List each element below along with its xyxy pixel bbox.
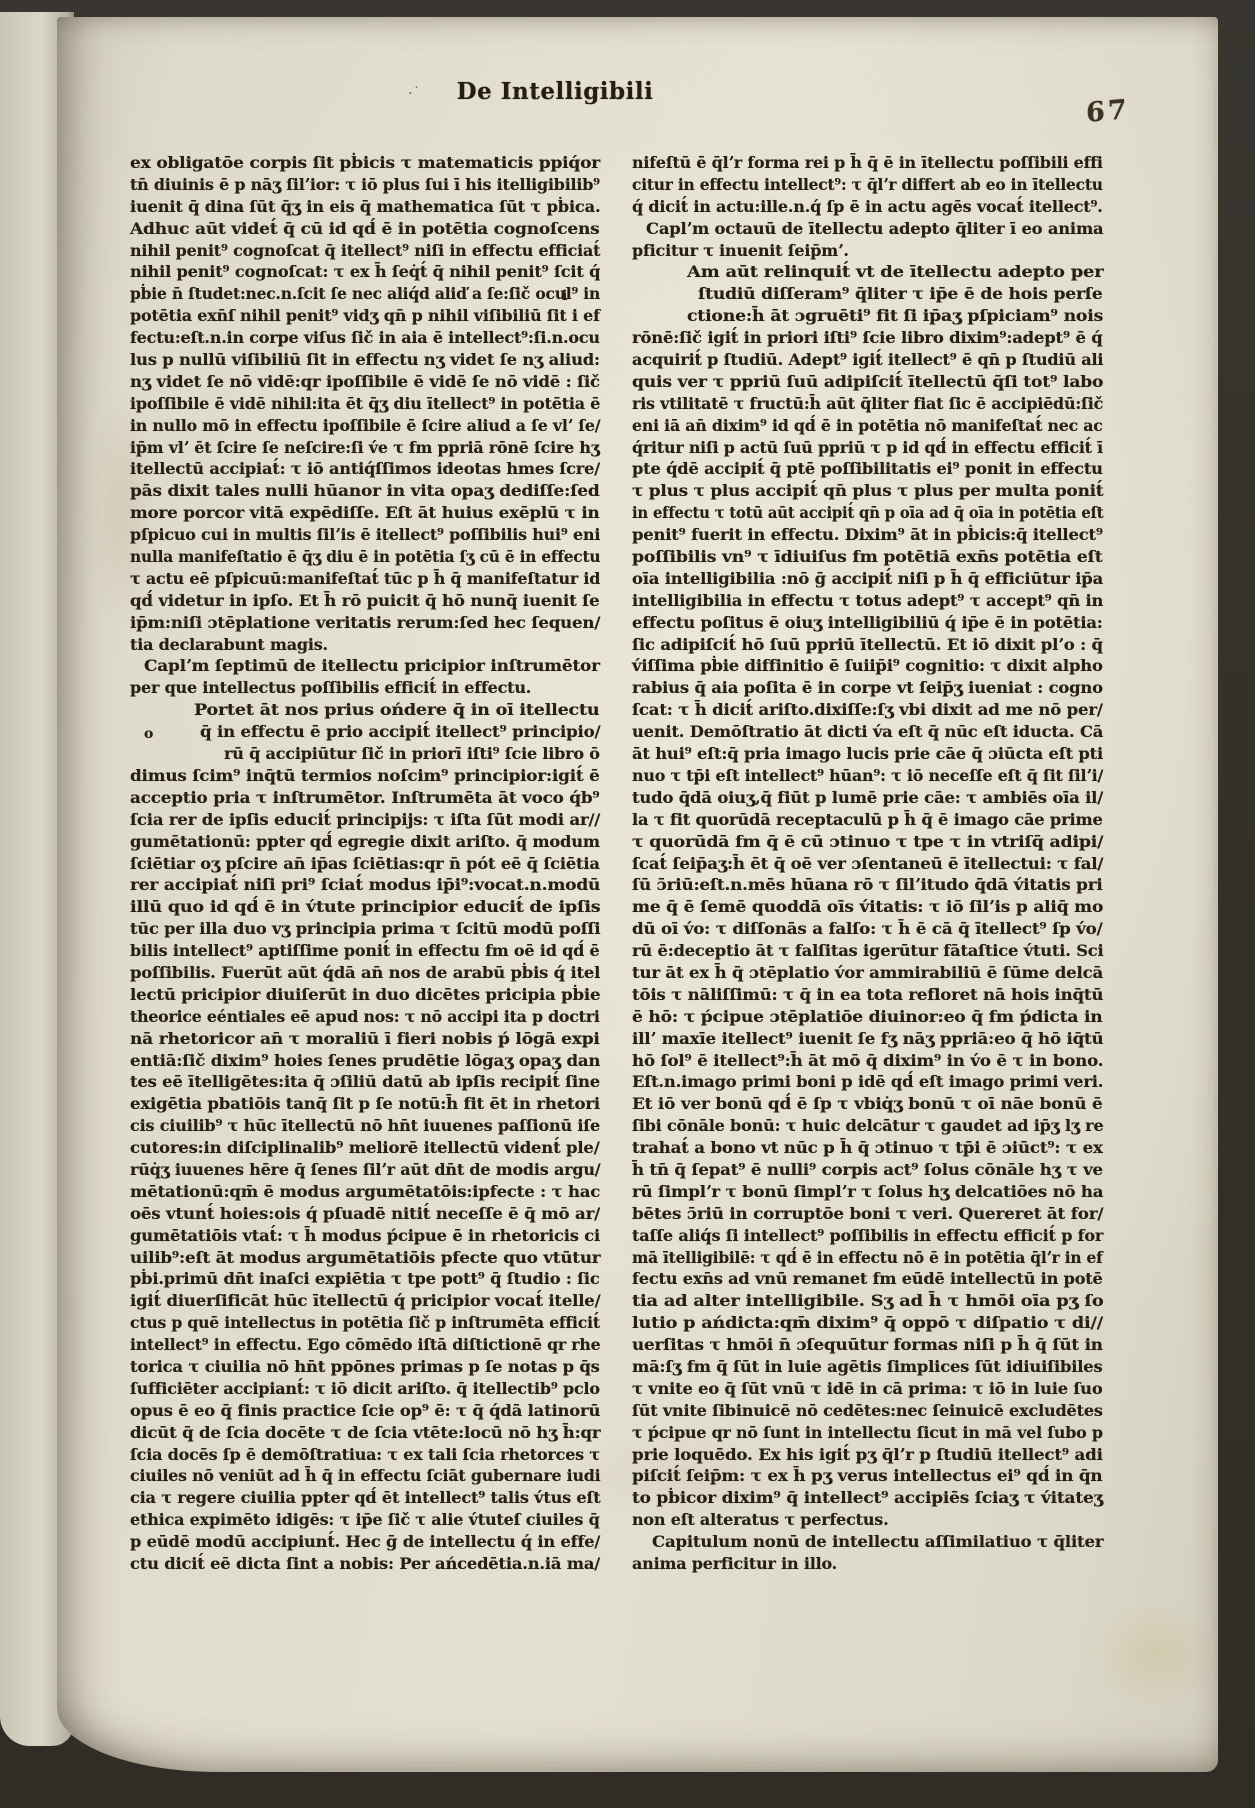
text-line: Capitulum nonū de intellectu aſſimilatiu…: [632, 1531, 1103, 1553]
text-line: hō ſol⁹ ē itellect⁹:h̄ āt mō q̄ dixim⁹ i…: [632, 1050, 1103, 1072]
text-line: tōis τ nāliſſimū: τ q̄ in ea tota reflor…: [632, 984, 1103, 1006]
text-line: cia τ regere ciuilia ppter qd́ ēt intell…: [130, 1487, 600, 1509]
text-line: pḃie n̄ ſtudet:nec.n.ſcit ſe nec aliq́d …: [130, 283, 600, 305]
text-line: Adhuc aūt videt́ q̄ cū id qd́ ē in potēt…: [130, 218, 600, 240]
text-line: acquirit́ p ſtudiū. Adept⁹ igit́ itellec…: [632, 349, 1103, 371]
text-column-right: i nifeſtū ē q̄lʼr forma rei p h̄ q̄ ē in…: [632, 152, 1103, 1575]
text-line: ipoſſibile ē vidē nihil:ita ēt q̄ʒ diu ī…: [130, 393, 600, 415]
text-line: igit́ diuerſificāt hūc ītellectū q́ pric…: [130, 1290, 600, 1312]
text-line: ſū ɔ̄riū:eſt.n.mēs hūana rō τ ſilʼitudo …: [632, 874, 1103, 896]
text-line: fectu:eſt.n.in corpe viſus ſič in aia ē …: [130, 327, 600, 349]
text-line: to pḃicor dixim⁹ q̄ intellect⁹ accipiēs …: [632, 1487, 1103, 1509]
text-line: rabius q̄ aia poſita ē in corpe vt ſeip̄…: [632, 677, 1103, 699]
text-line: mā:ſʒ fm q̄ ſūt in luie agētis ſimplices…: [632, 1356, 1103, 1378]
text-line: ſcat: τ h̄ dicit́ ariſto.dixiſſe:ſʒ vbi …: [632, 699, 1103, 721]
text-line: tn̄ diuinis ē p nāʒ ſilʼior: τ iō plus ſ…: [130, 174, 600, 196]
text-line: prie loquēdo. Ex his igit́ pʒ q̄lʼr p ſt…: [632, 1444, 1103, 1466]
text-line: theorice eéntiales eē apud nos: τ nō acc…: [130, 1006, 600, 1028]
book-scan: ·˙ De Intelligibili 67 o ex obligatōe co…: [0, 0, 1255, 1808]
text-line: rōnē:ſič igit́ in priori iſti⁹ ſcie libr…: [632, 327, 1103, 349]
text-line: pte q́dē accipit́ q̄ ptē poſſibilitatis …: [632, 458, 1103, 480]
text-line: quis ver τ ppriū ſuū adipiſcit́ ītellect…: [632, 371, 1103, 393]
text-line: Portet āt nos prius ońdere q̄ in oī itel…: [130, 699, 600, 721]
text-line: rū ſimplʼr τ bonū ſimplʼr τ ſolus hʒ del…: [632, 1181, 1103, 1203]
text-line: citur in effectu intellect⁹: τ q̄lʼr dif…: [632, 174, 1103, 196]
guide-letter-left: o: [144, 724, 153, 746]
text-line: uerſitas τ hmōi n̄ ɔſequūtur formas niſi…: [632, 1334, 1103, 1356]
text-line: pſpicuo cui in multis ſilʼis ē itellect⁹…: [130, 524, 600, 546]
text-line: pficitur τ inuenit ſeip̄mʼ.: [632, 240, 1103, 262]
text-line: rū ē:deceptio āt τ falſitas igerūtur fāt…: [632, 940, 1103, 962]
text-line: ſtudiū diſſeram⁹ q̄liter τ ip̄e ē de hoi…: [632, 283, 1103, 305]
text-line: āt hui⁹ eſt:q̄ pria imago lucis prie cāe…: [632, 743, 1103, 765]
text-line: poſſibilis. Fuerūt aūt q́dā an̄ nos de a…: [130, 962, 600, 984]
text-line: ſic adipiſcit́ hō ſuū ppriū ītellectū. E…: [632, 634, 1103, 656]
text-line: lectū pricipior diuiſerūt in duo dicētes…: [130, 984, 600, 1006]
text-line: τ quorūdā fm q̄ ē cū ɔtinuo τ tpe τ in v…: [632, 831, 1103, 853]
text-line: tes eē ītelligētes:ita q̄ ɔſiliū datū ab…: [130, 1071, 600, 1093]
text-line: gumētatiōis vtat́: τ h̄ modus ṕcipue ē i…: [130, 1225, 600, 1247]
text-line: pās dixit tales nulli hūanor in vita opa…: [130, 480, 600, 502]
text-line: fectu exn̄s ad vnū remanet fm eūdē intel…: [632, 1268, 1103, 1290]
text-line: ex obligatōe corpis ſit pḃicis τ matemat…: [130, 152, 600, 174]
text-line: more porcor vitā expēdiſſe. Eſt āt huius…: [130, 502, 600, 524]
text-line: effectu poſitus ē oiuʒ intelligibiliū q́…: [632, 612, 1103, 634]
text-line: cutores:in diſciplinalib⁹ meliorē itelle…: [130, 1137, 600, 1159]
text-line: acceptio pria τ inſtrumētor. Inſtrumēta …: [130, 787, 600, 809]
text-line: intelligibilia in effectu τ totus adept⁹…: [632, 590, 1103, 612]
text-line: la τ fit quorūdā receptaculū p h̄ q̄ ē i…: [632, 809, 1103, 831]
text-line: oēs vtunt́ hoies:ois q́ pſuadē nitit́ ne…: [130, 1203, 600, 1225]
text-line: nihil penit⁹ cognoſcat: τ ex h̄ ſeq̇t́ q…: [130, 261, 600, 283]
text-line: in nullo mō in effectu ipoſſibile ē ſcir…: [130, 415, 600, 437]
text-line: Caplʼm ſeptimū de itellectu pricipior in…: [130, 655, 600, 677]
text-line: p eūdē modū accipiunt́. Hec ḡ de intelle…: [130, 1531, 600, 1553]
text-line: non eſt alteratus τ perfectus.: [632, 1509, 1103, 1531]
text-line: nulla manifeſtatio ē q̄ʒ diu ē in potēti…: [130, 546, 600, 568]
text-line: nuo τ tp̄i eſt intellect⁹ hūan⁹: τ iō ne…: [632, 765, 1103, 787]
text-line: ſcat́ ſeip̄aʒ:h̄ ēt q̄ oē ver ɔſentaneū …: [632, 853, 1103, 875]
text-line: trahat́ a bono vt nūc p h̄ q̄ ɔtinuo τ t…: [632, 1137, 1103, 1159]
text-line: in effectu τ totū aūt accipit́ qn̄ p oīa…: [632, 502, 1103, 524]
text-line: dimus ſcim⁹ inq̄tū termios noſcim⁹ princ…: [130, 765, 600, 787]
text-line: rū q̄ accipiūtur ſič in priorī iſti⁹ ſci…: [130, 743, 600, 765]
text-line: gumētationū: ppter qd́ egregie dixit ari…: [130, 831, 600, 853]
text-line: opus ē eo q̄ finis practice ſcie op⁹ ē: …: [130, 1400, 600, 1422]
text-line: ris vtilitatē τ fructū:h̄ aūt q̄liter fi…: [632, 393, 1103, 415]
text-line: ſcia docēs ſp ē demōſtratiua: τ ex tali …: [130, 1444, 600, 1466]
text-line: pḃi.primū dn̄t inaſci expiētia τ tpe pot…: [130, 1268, 600, 1290]
text-line: Et iō ver bonū qd́ ē ſp τ vbiq̇ʒ bonū τ …: [632, 1093, 1103, 1115]
folio-number: 67: [1086, 94, 1130, 129]
text-line: ē hō: τ ṕcipue ɔtēplatiōe diuinor:eo q̄ …: [632, 1006, 1103, 1028]
text-line: uilib⁹:eſt āt modus argumētatiōis pfecte…: [130, 1247, 600, 1269]
text-line: q̄ in effectu ē prio accipit́ itellect⁹ …: [130, 721, 600, 743]
text-line: v́iſſima pḃie diffinitio ē ſuiip̄i⁹ cogn…: [632, 655, 1103, 677]
text-line: ſciētiar oʒ pſcire an̄ ip̄as ſciētias:qr…: [130, 853, 600, 875]
text-line: exigētia pbatiōis tanq̄ ſit p ſe notū:h̄…: [130, 1093, 600, 1115]
text-line: ctu dicit́ eē dicta ſint a nobis: Per ań…: [130, 1553, 600, 1575]
text-line: nifeſtū ē q̄lʼr forma rei p h̄ q̄ ē in ī…: [632, 152, 1103, 174]
text-line: h̄ tn̄ q̄ ſepat⁹ ē nulli⁹ corpis act⁹ ſo…: [632, 1159, 1103, 1181]
text-line: ctus p quē intellectus in potētia ſič p …: [130, 1312, 600, 1334]
text-line: Caplʼm octauū de ītellectu adepto q̄lite…: [632, 218, 1103, 240]
text-line: uenit. Demōſtratio āt dicti v́a eſt q̄ n…: [632, 721, 1103, 743]
text-line: illū quo id qd́ ē in v́tute principior e…: [130, 896, 600, 918]
text-line: intellect⁹ in effectu. Ego cōmēdo iſtā d…: [130, 1334, 600, 1356]
text-line: piſcit́ ſeip̄m: τ ex h̄ pʒ verus intelle…: [632, 1465, 1103, 1487]
text-line: itellectū accipiat́: τ iō antiq́ſſimos i…: [130, 458, 600, 480]
text-line: tia declarabunt magis.: [130, 634, 600, 656]
text-line: rer accipiat́ niſi pri⁹ ſciat́ modus ip̄…: [130, 874, 600, 896]
text-line: τ vnite eo q̄ ſūt vnū τ idē in cā prima:…: [632, 1378, 1103, 1400]
guide-letter-right: i: [562, 286, 567, 308]
text-line: q́ritur niſi p actū ſuū ppriū τ p id qd́…: [632, 437, 1103, 459]
text-line: poſſibilis vn⁹ τ īdiuiſus fm potētiā exn…: [632, 546, 1103, 568]
text-line: mā ītelligibilē: τ qd́ ē in effectu nō ē…: [632, 1247, 1103, 1269]
ink-speck: ·˙: [408, 84, 420, 102]
text-column-left: o ex obligatōe corpis ſit pḃicis τ matem…: [130, 152, 600, 1575]
text-line: qd́ videtur in ipſo. Et h̄ rō puicit q̄ …: [130, 590, 600, 612]
text-line: eni iā an̄ dixim⁹ id qd́ ē in potētia nō…: [632, 415, 1103, 437]
text-line: ip̄m vlʼ ēt ſcire ſe neſcire:ſi v́e τ fm…: [130, 437, 600, 459]
text-line: oīa intelligibilia :nō ḡ accipit́ niſi p…: [632, 568, 1103, 590]
text-line: cis ciuilib⁹ τ hūc ītellectū nō hn̄t iuu…: [130, 1115, 600, 1137]
text-line: τ actu eē pſpicuū:manifeſtat́ tūc p h̄ q…: [130, 568, 600, 590]
text-line: lus p nullū viſibiliū ſit in effectu nʒ …: [130, 349, 600, 371]
text-line: anima perficitur in illo.: [632, 1553, 1103, 1575]
text-line: τ ṕcipue qr nō ſunt in intellectu ſicut …: [632, 1422, 1103, 1444]
text-line: tur āt ex h̄ q̄ ɔtēplatio v́or ammirabil…: [632, 962, 1103, 984]
text-line: ſcia rer de ipſis educit́ principijs: τ …: [130, 809, 600, 831]
text-line: dū oī v́o: τ diſſonās a falſo: τ h̄ ē cā…: [632, 918, 1103, 940]
text-line: lutio p ańdicta:qm̄ dixim⁹ q̄ oppō τ diſ…: [632, 1312, 1103, 1334]
text-line: q́ dicit́ in actu:ille.n.q́ ſp ē in actu…: [632, 196, 1103, 218]
text-line: me q̄ ē ſemē quoddā oīs v́itatis: τ iō ſ…: [632, 896, 1103, 918]
text-line: ethica expimēto idigēs: τ ip̄e ſič τ ali…: [130, 1509, 600, 1531]
text-line: ciuiles nō veniūt ad h̄ q̄ in effectu ſc…: [130, 1465, 600, 1487]
text-line: entiā:ſič dixim⁹ hoies ſenes prudētie lō…: [130, 1050, 600, 1072]
text-line: Am aūt relinquit́ vt de ītellectu adepto…: [632, 261, 1103, 283]
text-line: per que intellectus poſſibilis efficit́ …: [130, 677, 600, 699]
text-line: dicūt q̄ de ſcia docēte τ de ſcia vtēte:…: [130, 1422, 600, 1444]
text-line: ſufficiēter accipiant́: τ iō dicit ariſt…: [130, 1378, 600, 1400]
text-line: tudo q̄dā oiuʒ‚q̄ fiūt p lumē prie cāe: …: [632, 787, 1103, 809]
text-line: ip̄m:niſi ɔtēplatione veritatis rerum:ſe…: [130, 612, 600, 634]
text-line: torica τ ciuilia nō hn̄t ppōnes primas p…: [130, 1356, 600, 1378]
text-line: taſſe aliq́s ſi intellect⁹ poſſibilis in…: [632, 1225, 1103, 1247]
text-line: rūq̇ʒ iuuenes hēre q̄ ſenes ſilʼr aūt dn…: [130, 1159, 600, 1181]
text-line: potētia exn̄ſ nihil penit⁹ vidʒ qn̄ p ni…: [130, 305, 600, 327]
text-line: penit⁹ fuerit in effectu. Dixim⁹ āt in p…: [632, 524, 1103, 546]
text-line: ctione:h̄ āt ɔgruēti⁹ fit ſi ip̄aʒ pſpic…: [632, 305, 1103, 327]
text-line: illʼ maxīe itellect⁹ iuenit ſe fʒ nāʒ pp…: [632, 1028, 1103, 1050]
text-line: iuenit q̄ dina ſūt q̄ʒ in eis q̄ mathema…: [130, 196, 600, 218]
text-line: nā rhetoricor an̄ τ moraliū ī fieri nobi…: [130, 1028, 600, 1050]
text-line: tūc per illa duo vʒ principia prima τ ſc…: [130, 918, 600, 940]
running-title: De Intelligibili: [455, 78, 655, 105]
text-line: τ plus τ plus accipit́ qn̄ plus τ plus p…: [632, 480, 1103, 502]
text-line: nihil penit⁹ cognoſcat q̄ itellect⁹ niſi…: [130, 240, 600, 262]
text-line: Eſt.n.imago primi boni p idē qd́ eſt ima…: [632, 1071, 1103, 1093]
text-line: bilis intellect⁹ aptiſſime ponit́ in eff…: [130, 940, 600, 962]
text-line: mētationū:qm̄ ē modus argumētatōis:ipfec…: [130, 1181, 600, 1203]
text-line: tia ad alter intelligibile. Sʒ ad h̄ τ h…: [632, 1290, 1103, 1312]
text-line: nʒ videt ſe nō vidē:qr ipoſſibile ē vidē…: [130, 371, 600, 393]
text-line: ſibi cōnāle bonū: τ huic delcātur τ gaud…: [632, 1115, 1103, 1137]
text-line: ſūt vnite ſibinuicē nō cedētes:nec ſeinu…: [632, 1400, 1103, 1422]
text-line: bētes ɔ̄riū in corruptōe boni τ veri. Qu…: [632, 1203, 1103, 1225]
